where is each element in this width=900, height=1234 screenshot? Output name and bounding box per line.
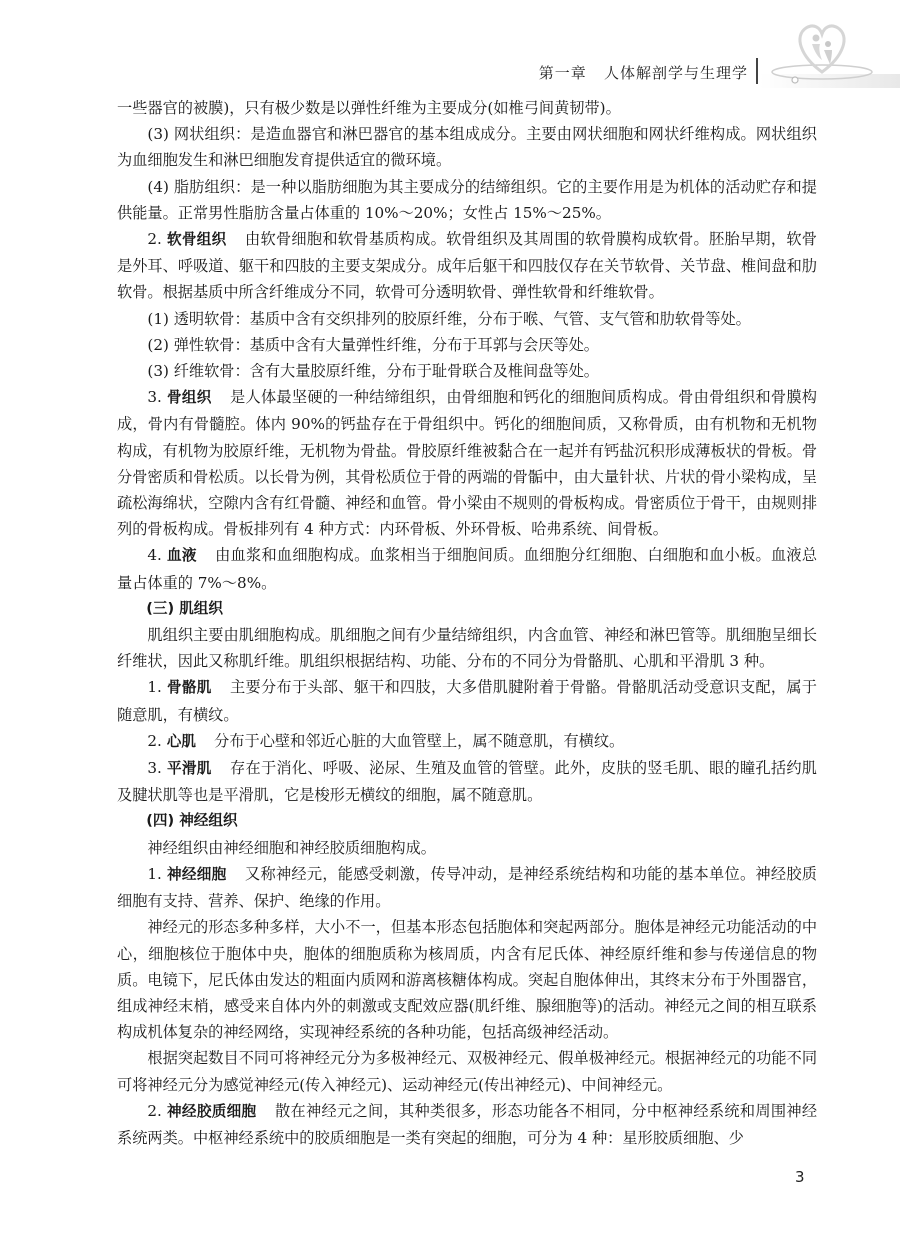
term-body: 分布于心壁和邻近心脏的大血管壁上，属不随意肌，有横纹。 bbox=[214, 732, 624, 750]
body-paragraph: (2) 弹性软骨：基质中含有大量弹性纤维，分布于耳郭与会厌等处。 bbox=[117, 332, 817, 358]
chapter-title: 第一章 人体解剖学与生理学 bbox=[539, 62, 748, 83]
body-paragraph: (4) 脂肪组织：是一种以脂肪细胞为其主要成分的结缔组织。它的主要作用是为机体的… bbox=[117, 174, 817, 226]
term-paragraph: 2. 神经胶质细胞散在神经元之间，其种类很多，形态功能各不相同，分中枢神经系统和… bbox=[117, 1098, 817, 1151]
body-paragraph: 肌组织主要由肌细胞构成。肌细胞之间有少量结缔组织，内含血管、神经和淋巴管等。肌细… bbox=[117, 622, 817, 674]
term-body: 是人体最坚硬的一种结缔组织，由骨细胞和钙化的细胞间质构成。骨由骨组织和骨膜构成，… bbox=[117, 388, 817, 538]
running-header: 第一章 人体解剖学与生理学 bbox=[0, 52, 900, 88]
heart-family-logo-icon bbox=[760, 16, 900, 88]
term-number: 1. bbox=[147, 678, 162, 696]
term-paragraph: 4. 血液由血浆和血细胞构成。血浆相当于细胞间质。血细胞分红细胞、白细胞和血小板… bbox=[117, 542, 817, 595]
term-body: 由血浆和血细胞构成。血浆相当于细胞间质。血细胞分红细胞、白细胞和血小板。血液总量… bbox=[117, 546, 817, 591]
body-paragraph: 根据突起数目不同可将神经元分为多极神经元、双极神经元、假单极神经元。根据神经元的… bbox=[117, 1045, 817, 1097]
term-heading: 血液 bbox=[167, 547, 197, 564]
term-heading: 软骨组织 bbox=[167, 231, 227, 248]
term-number: 2. bbox=[147, 732, 162, 750]
term-paragraph: 3. 骨组织是人体最坚硬的一种结缔组织，由骨细胞和钙化的细胞间质构成。骨由骨组织… bbox=[117, 384, 817, 542]
term-heading: 骨骼肌 bbox=[167, 679, 212, 696]
header-divider bbox=[756, 58, 758, 84]
term-paragraph: 1. 神经细胞又称神经元，能感受刺激，传导冲动，是神经系统结构和功能的基本单位。… bbox=[117, 861, 817, 914]
term-number: 4. bbox=[147, 546, 162, 564]
term-heading: 平滑肌 bbox=[167, 760, 212, 777]
term-body: 主要分布于头部、躯干和四肢，大多借肌腱附着于骨骼。骨骼肌活动受意识支配，属于随意… bbox=[117, 678, 817, 723]
section-subheading: (四) 神经组织 bbox=[117, 808, 817, 834]
term-heading: 神经胶质细胞 bbox=[167, 1103, 256, 1120]
term-paragraph: 2. 软骨组织由软骨细胞和软骨基质构成。软骨组织及其周围的软骨膜构成软骨。胚胎早… bbox=[117, 226, 817, 306]
term-heading: 心肌 bbox=[167, 733, 196, 750]
term-heading: 骨组织 bbox=[167, 389, 212, 406]
term-paragraph: 2. 心肌分布于心壁和邻近心脏的大血管壁上，属不随意肌，有横纹。 bbox=[117, 728, 817, 755]
term-number: 2. bbox=[147, 230, 162, 248]
body-paragraph: 神经组织由神经细胞和神经胶质细胞构成。 bbox=[117, 835, 817, 861]
section-subheading: (三) 肌组织 bbox=[117, 596, 817, 622]
body-paragraph: 神经元的形态多种多样，大小不一，但基本形态包括胞体和突起两部分。胞体是神经元功能… bbox=[117, 914, 817, 1045]
term-number: 3. bbox=[147, 388, 162, 406]
term-number: 3. bbox=[147, 759, 162, 777]
body-paragraph: (3) 纤维软骨：含有大量胶原纤维，分布于耻骨联合及椎间盘等处。 bbox=[117, 358, 817, 384]
body-paragraph: 一些器官的被膜)，只有极少数是以弹性纤维为主要成分(如椎弓间黄韧带)。 bbox=[117, 95, 817, 121]
body-paragraph: (1) 透明软骨：基质中含有交织排列的胶原纤维，分布于喉、气管、支气管和肋软骨等… bbox=[117, 306, 817, 332]
page-body: 一些器官的被膜)，只有极少数是以弹性纤维为主要成分(如椎弓间黄韧带)。(3) 网… bbox=[117, 95, 817, 1151]
term-number: 2. bbox=[147, 1102, 162, 1120]
term-paragraph: 1. 骨骼肌主要分布于头部、躯干和四肢，大多借肌腱附着于骨骼。骨骼肌活动受意识支… bbox=[117, 674, 817, 727]
page-number: 3 bbox=[795, 1168, 805, 1186]
term-body: 存在于消化、呼吸、泌尿、生殖及血管的管壁。此外，皮肤的竖毛肌、眼的瞳孔括约肌及腱… bbox=[117, 759, 817, 804]
term-number: 1. bbox=[147, 865, 162, 883]
term-paragraph: 3. 平滑肌存在于消化、呼吸、泌尿、生殖及血管的管壁。此外，皮肤的竖毛肌、眼的瞳… bbox=[117, 755, 817, 808]
body-paragraph: (3) 网状组织：是造血器官和淋巴器官的基本组成成分。主要由网状细胞和网状纤维构… bbox=[117, 121, 817, 173]
term-heading: 神经细胞 bbox=[167, 866, 227, 883]
